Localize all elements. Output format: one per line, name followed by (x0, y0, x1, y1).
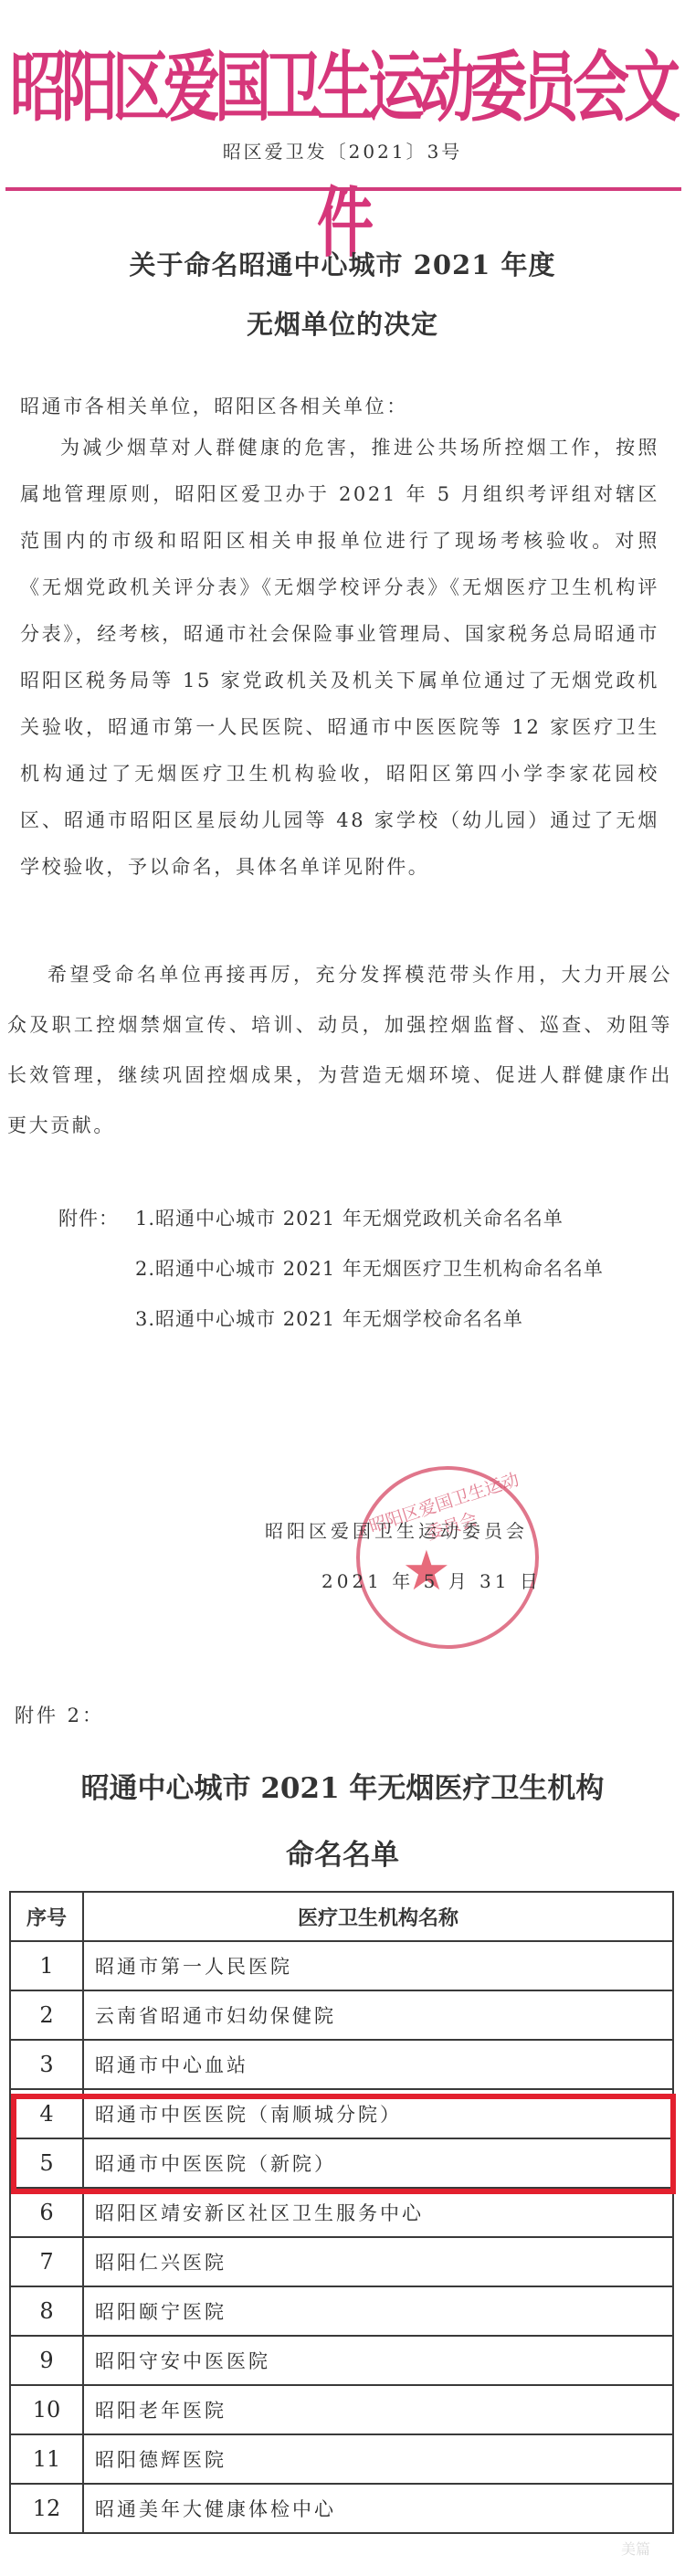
attachment-item-3: 3.昭通中心城市 2021 年无烟学校命名名单 (135, 1304, 523, 1332)
institution-name: 昭阳仁兴医院 (83, 2237, 673, 2286)
row-number: 1 (10, 1941, 83, 1990)
table-row: 1昭通市第一人民医院 (10, 1941, 673, 1990)
row-number: 12 (10, 2484, 83, 2533)
column-header-number: 序号 (10, 1892, 83, 1941)
table-row: 3昭通市中心血站 (10, 2040, 673, 2089)
header-divider (5, 187, 681, 191)
row-number: 2 (10, 1990, 83, 2040)
signature-date: 2021 年 5 月 31 日 (321, 1567, 542, 1593)
table-row: 9昭阳守安中医医院 (10, 2336, 673, 2385)
row-number: 10 (10, 2385, 83, 2434)
body-paragraph-1: 为减少烟草对人群健康的危害，推进公共场所控烟工作，按照属地管理原则，昭阳区爱卫办… (20, 425, 659, 891)
table-row: 8昭阳颐宁医院 (10, 2286, 673, 2336)
table-row: 2云南省昭通市妇幼保健院 (10, 1990, 673, 2040)
institution-name: 云南省昭通市妇幼保健院 (83, 1990, 673, 2040)
decision-title-line1: 关于命名昭通中心城市 2021 年度 (0, 245, 685, 282)
table-row: 12昭通美年大健康体检中心 (10, 2484, 673, 2533)
row-number: 6 (10, 2188, 83, 2237)
highlight-box (11, 2094, 676, 2194)
document-number: 昭区爱卫发〔2021〕3号 (0, 137, 685, 164)
table-row: 10昭阳老年医院 (10, 2385, 673, 2434)
table-row: 6昭阳区靖安新区社区卫生服务中心 (10, 2188, 673, 2237)
institution-name: 昭阳守安中医医院 (83, 2336, 673, 2385)
table-row: 7昭阳仁兴医院 (10, 2237, 673, 2286)
institution-name: 昭通美年大健康体检中心 (83, 2484, 673, 2533)
row-number: 3 (10, 2040, 83, 2089)
institution-name: 昭通市第一人民医院 (83, 1941, 673, 1990)
table-row: 11昭阳德辉医院 (10, 2434, 673, 2484)
decision-title-line2: 无烟单位的决定 (0, 304, 685, 342)
institution-table: 序号 医疗卫生机构名称 1昭通市第一人民医院 2云南省昭通市妇幼保健院 3昭通市… (9, 1891, 674, 2534)
attachments-label: 附件： (58, 1204, 119, 1231)
signature-organization: 昭阳区爱国卫生运动委员会 (265, 1516, 528, 1543)
row-number: 9 (10, 2336, 83, 2385)
row-number: 7 (10, 2237, 83, 2286)
institution-name: 昭阳德辉医院 (83, 2434, 673, 2484)
masthead-title: 昭阳区爱国卫生运动委员会文件 (0, 20, 685, 156)
institution-name: 昭通市中心血站 (83, 2040, 673, 2089)
institution-name: 昭阳老年医院 (83, 2385, 673, 2434)
institution-name: 昭阳区靖安新区社区卫生服务中心 (83, 2188, 673, 2237)
salutation: 昭通市各相关单位，昭阳区各相关单位： (20, 388, 659, 425)
row-number: 8 (10, 2286, 83, 2336)
appendix-title-line1: 昭通中心城市 2021 年无烟医疗卫生机构 (0, 1765, 685, 1806)
attachment-item-1: 1.昭通中心城市 2021 年无烟党政机关命名名单 (135, 1204, 564, 1231)
body-paragraph-2: 希望受命名单位再接再厉，充分发挥模范带头作用，大力开展公众及职工控烟禁烟宣传、培… (7, 950, 672, 1151)
appendix-label: 附件 2： (15, 1701, 104, 1728)
attachment-item-2: 2.昭通中心城市 2021 年无烟医疗卫生机构命名名单 (135, 1254, 604, 1282)
row-number: 11 (10, 2434, 83, 2484)
column-header-name: 医疗卫生机构名称 (83, 1892, 673, 1941)
watermark-logo: 美篇 (621, 2538, 650, 2559)
table-header-row: 序号 医疗卫生机构名称 (10, 1892, 673, 1941)
appendix-title-line2: 命名名单 (0, 1832, 685, 1873)
institution-name: 昭阳颐宁医院 (83, 2286, 673, 2336)
